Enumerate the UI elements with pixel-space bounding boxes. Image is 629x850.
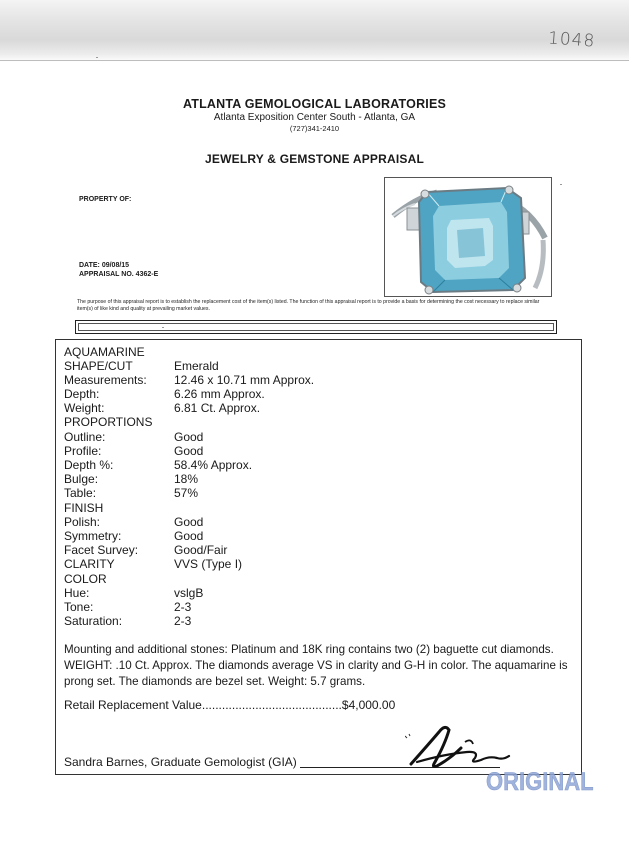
document-title: JEWELRY & GEMSTONE APPRAISAL: [0, 152, 629, 166]
spec-row-symmetry: Symmetry:Good: [64, 529, 203, 543]
lab-phone: (727)341-2410: [0, 124, 629, 133]
aquamarine-ring-image: [385, 178, 551, 296]
scan-speck: [162, 327, 164, 328]
item-identification-box: [75, 320, 557, 334]
handwritten-number: 1048: [547, 28, 596, 51]
spec-row-tone: Tone:2-3: [64, 600, 191, 614]
appraiser-name: Sandra Barnes, Graduate Gemologist (GIA): [64, 755, 297, 769]
spec-row-bulge: Bulge:18%: [64, 472, 198, 486]
lab-name: ATLANTA GEMOLOGICAL LABORATORIES: [0, 97, 629, 111]
spec-row-depth-percent: Depth %:58.4% Approx.: [64, 458, 252, 472]
handwritten-signature: [405, 718, 515, 774]
spec-row-weight: Weight:6.81 Ct. Approx.: [64, 401, 260, 415]
lab-address: Atlanta Exposition Center South - Atlant…: [0, 112, 629, 123]
spec-row-shape: SHAPE/CUTEmerald: [64, 359, 219, 373]
appraisal-number-label: APPRAISAL NO.: [79, 271, 134, 278]
scan-speck: [560, 184, 562, 185]
mounting-notes: Mounting and additional stones: Platinum…: [64, 642, 574, 690]
retail-value: $4,000.00: [342, 698, 395, 712]
proportions-heading: PROPORTIONS: [64, 415, 152, 429]
spec-row-facet-survey: Facet Survey:Good/Fair: [64, 543, 227, 557]
retail-label: Retail Replacement Value: [64, 698, 202, 712]
original-stamp: ORIGINAL: [486, 768, 594, 797]
ring-photo: [384, 177, 552, 297]
finish-heading: FINISH: [64, 501, 103, 515]
appraisal-details-box: AQUAMARINE SHAPE/CUTEmerald Measurements…: [55, 339, 582, 775]
spec-row-clarity: CLARITYVVS (Type I): [64, 557, 242, 571]
property-of-label: PROPERTY OF:: [79, 196, 131, 203]
scan-speck: [96, 57, 98, 58]
date-value: 09/08/15: [102, 262, 129, 269]
appraisal-number-value: 4362-E: [136, 271, 159, 278]
date-label: DATE:: [79, 262, 100, 269]
gem-name: AQUAMARINE: [64, 345, 145, 359]
date-field: DATE: 09/08/15: [79, 262, 129, 269]
scanner-edge-shadow: [0, 0, 629, 62]
spec-row-polish: Polish:Good: [64, 515, 203, 529]
retail-replacement-value: Retail Replacement Value................…: [64, 698, 395, 712]
appraisal-number-field: APPRAISAL NO. 4362-E: [79, 271, 158, 278]
spec-row-saturation: Saturation:2-3: [64, 614, 191, 628]
purpose-statement: The purpose of this appraisal report is …: [77, 299, 547, 313]
spec-row-table: Table:57%: [64, 486, 198, 500]
spec-row-profile: Profile:Good: [64, 444, 203, 458]
retail-leader-dots: ........................................…: [202, 698, 342, 712]
spec-row-outline: Outline:Good: [64, 430, 203, 444]
spec-row-depth: Depth:6.26 mm Approx.: [64, 387, 265, 401]
spec-row-measurements: Measurements:12.46 x 10.71 mm Approx.: [64, 373, 314, 387]
scan-edge-line: [0, 60, 629, 61]
color-heading: COLOR: [64, 572, 107, 586]
spec-row-hue: Hue:vslgB: [64, 586, 203, 600]
